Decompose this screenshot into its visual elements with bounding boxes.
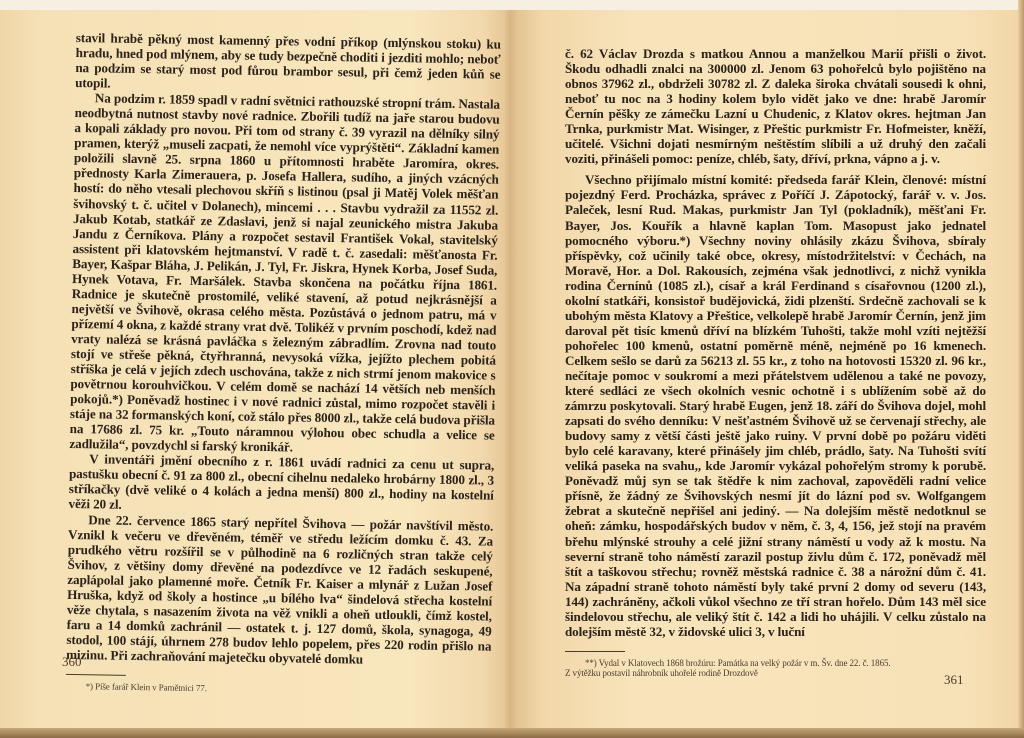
left-page-body: stavil hrabě pěkný most kamenný přes vod… (66, 30, 501, 698)
footnote-divider (565, 651, 625, 652)
footnote: *) Píše farář Klein v Pamětnici 77. (66, 681, 491, 698)
paragraph: V inventáři jmění obecního z r. 1861 uvá… (68, 451, 494, 518)
paragraph: Na podzim r. 1859 spadl v radní světnici… (69, 90, 500, 458)
footnote-line: Z výtěžku postavil náhrobník uhořelé rod… (565, 668, 986, 678)
page-number: 360 (62, 654, 82, 670)
right-page-body: č. 62 Václav Drozda s matkou Annou a man… (565, 46, 986, 678)
page-number: 361 (944, 672, 964, 688)
open-book: stavil hrabě pěkný most kamenný přes vod… (0, 0, 1024, 738)
right-page: č. 62 Václav Drozda s matkou Annou a man… (512, 0, 1024, 738)
scan-right-edge (1018, 0, 1024, 738)
paragraph: stavil hrabě pěkný most kamenný přes vod… (75, 30, 501, 97)
footnote-line: **) Vydal v Klatovech 1868 brožúru: Pamá… (565, 658, 986, 668)
footnote-divider (66, 674, 126, 676)
paragraph: č. 62 Václav Drozda s matkou Annou a man… (565, 46, 986, 166)
scan-bottom-edge (0, 728, 1024, 738)
paragraph: Dne 22. července 1865 starý nepřítel Švi… (66, 511, 493, 668)
left-page: stavil hrabě pěkný most kamenný přes vod… (0, 0, 512, 738)
paragraph: Všechno přijímalo místní komité: předsed… (565, 172, 986, 638)
